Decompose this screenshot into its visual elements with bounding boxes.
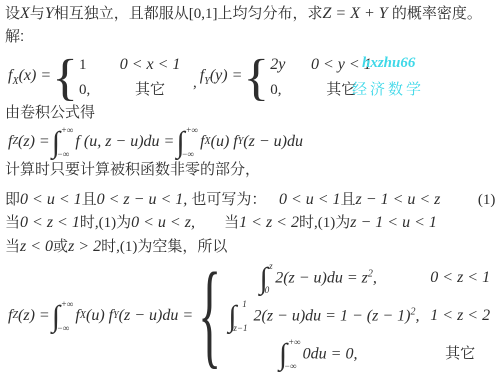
math-segment: X (20, 5, 30, 22)
fy-case1-value: 2y (270, 54, 300, 76)
lower-limit: −∞ (182, 150, 195, 159)
math-segment: 当 (5, 214, 20, 231)
math-segment (195, 214, 224, 231)
fy-case2-value: 0, (270, 80, 300, 100)
math-segment: [0,1] (189, 6, 218, 22)
fx-case-row: 1 0 < x < 1 (79, 54, 191, 76)
fx-density-lhs: fX(x) = (8, 65, 51, 89)
math-segment: ,(1) (314, 215, 335, 231)
math-segment: 为 (116, 214, 131, 231)
upper-limit: +∞ (186, 126, 199, 135)
fy-density-lhs: fY(y) = (200, 65, 243, 89)
integral: ∫+∞−∞ (52, 300, 74, 333)
math-segment: 与 (30, 5, 45, 22)
math-segment: 或 (53, 238, 68, 255)
fx-case2-value: 0, (79, 80, 109, 100)
math-segment: 其它 (135, 81, 165, 98)
math-segment: 1 (79, 57, 87, 73)
problem-statement: 设X与Y相互独立，且都服从[0,1]上均匀分布，求Z = X + Y 的概率密度… (5, 3, 482, 25)
math-segment: 2(z − u)du = z (275, 269, 368, 286)
integration-note: 计算时只要计算被积函数非零的部分， (5, 160, 260, 180)
condition-line-2: 当0 < z < 1时,(1)为0 < u < z, 当1 < z < 2时,(… (5, 212, 437, 234)
math-segment: ,(1) (95, 215, 116, 231)
result-case-row: ∫1z−12(z − u)du = 1 − (z − 1)2, 1 < z < … (226, 298, 499, 334)
math-segment: z < 0 (20, 238, 53, 255)
math-segment: , (193, 75, 197, 91)
result-case3-condition: 其它 (414, 344, 499, 364)
math-segment: 相互独立，且都服从 (54, 5, 189, 22)
math-segment (440, 191, 478, 208)
math-segment: 的概率密度。 (388, 5, 482, 22)
math-segment: 2y (270, 56, 285, 73)
fx-case-row: 0, 其它 (79, 80, 191, 100)
math-segment: 也可写为： (187, 191, 266, 208)
math-segment: 时 (299, 214, 314, 231)
math-segment: 计算时只要计算被积函数非零的部分， (5, 161, 260, 178)
math-segment: , (373, 269, 377, 286)
left-brace: { (198, 257, 221, 375)
result-lhs: fZ(z) = ∫+∞−∞fX(u) fY(z − u)du = (8, 300, 193, 333)
condition-line-1: 即0 < u < 1且0 < z − u < 1, 也可写为： 0 < u < … (5, 189, 495, 211)
math-segment: (z) = (18, 305, 50, 327)
math-segment: 0 < z < 1 (430, 269, 490, 286)
result-case1-condition: 0 < z < 1 (414, 267, 499, 289)
upper-limit: +∞ (61, 300, 74, 309)
math-segment: 上均匀分布，求 (217, 5, 322, 22)
math-segment: 0 < u < z, (131, 214, 195, 231)
math-segment: 即 (5, 191, 20, 208)
math-segment: 0 < u < 1 (20, 191, 82, 208)
fx-case1-value: 1 (79, 55, 109, 75)
result-case1-integral: ∫z02(z − u)du = z2, (226, 262, 408, 295)
math-segment: (u) f (86, 305, 113, 327)
math-segment: 0 < z − u < 1, (97, 191, 188, 208)
math-segment: 2(z − u)du = 1 − (z − 1) (253, 307, 410, 324)
upper-limit: +∞ (288, 338, 301, 347)
math-segment: 为 (335, 214, 350, 231)
lower-limit: −∞ (57, 324, 70, 333)
lower-limit: −∞ (284, 362, 297, 371)
math-segment (266, 191, 279, 208)
math-segment: 且 (82, 191, 97, 208)
result-case2-integral: ∫1z−12(z − u)du = 1 − (z − 1)2, (226, 300, 408, 333)
integral-limits: +∞−∞ (61, 126, 74, 159)
upper-limit: +∞ (61, 126, 74, 135)
math-segment: 0, (79, 82, 90, 98)
integral: ∫z0 (259, 262, 273, 295)
result-case-row: ∫+∞−∞0du = 0, 其它 (226, 336, 499, 372)
lower-limit: −∞ (57, 150, 70, 159)
integral-limits: 1z−1 (237, 300, 251, 333)
math-segment: (z − u)du (243, 131, 303, 153)
fx-case2-condition: 其它 (109, 80, 191, 100)
result-case2-condition: 1 < z < 2 (414, 305, 499, 327)
integral-limits: z0 (269, 262, 274, 295)
math-segment: 0, (270, 82, 281, 98)
separator-comma: , (193, 73, 197, 102)
integral: ∫+∞−∞ (279, 338, 301, 371)
lower-limit: 0 (265, 286, 270, 295)
math-segment: (y) = (210, 67, 243, 84)
convolution-intro: 由卷积公式得 (5, 103, 95, 123)
result-cases: ∫z02(z − u)du = z2, 0 < z < 1 ∫1z−12(z −… (226, 260, 499, 372)
result-case3-integral: ∫+∞−∞0du = 0, (226, 338, 408, 371)
math-segment: (z − u)du = (119, 305, 193, 327)
upper-limit: z (269, 262, 274, 271)
convolution-formula: fZ(z) = ∫+∞−∞f (u, z − u)du = ∫+∞−∞fX(u)… (8, 124, 303, 160)
math-segment: 0 < z < 1 (20, 214, 80, 231)
left-brace: { (52, 51, 78, 102)
math-segment: 时 (80, 214, 95, 231)
math-segment: (u) f (211, 131, 238, 153)
math-segment: (x) = (19, 67, 52, 84)
integral-limits: +∞−∞ (186, 126, 199, 159)
fx-case1-condition: 0 < x < 1 (109, 54, 191, 76)
math-segment: f (u, z − u)du = (75, 131, 174, 153)
math-segment: 由卷积公式得 (5, 104, 95, 121)
math-segment: Z = X + Y (323, 5, 388, 22)
result-formula: fZ(z) = ∫+∞−∞fX(u) fY(z − u)du = { ∫z02(… (8, 258, 499, 374)
integral-limits: +∞−∞ (288, 338, 301, 371)
math-segment: z − 1 < u < 1 (350, 214, 437, 231)
math-segment: 时 (101, 238, 116, 255)
density-functions-row: fX(x) = { 1 0 < x < 1 0, 其它 , fY(y) = { … (8, 52, 382, 102)
math-segment: 1 < z < 2 (239, 214, 299, 231)
math-segment: 解: (5, 28, 24, 45)
math-segment: 且 (341, 191, 356, 208)
math-segment: 当 (224, 214, 239, 231)
math-segment: (z) = (18, 131, 50, 153)
solution-label: 解: (5, 27, 24, 47)
math-segment: 当 (5, 238, 20, 255)
math-segment: 0 < x < 1 (120, 56, 181, 73)
lower-limit: z−1 (233, 324, 247, 333)
math-segment: 0du = 0, (303, 345, 358, 362)
math-segment: z − 1 < u < z (356, 191, 441, 208)
watermark-username: hxzhu66 (362, 55, 415, 72)
math-segment: 0 < u < 1 (279, 191, 341, 208)
result-case-row: ∫z02(z − u)du = z2, 0 < z < 1 (226, 260, 499, 296)
condition-line-3: 当z < 0或z > 2时,(1)为空集，所以 (5, 236, 227, 258)
math-segment: 设 (5, 5, 20, 22)
left-brace: { (243, 51, 269, 102)
math-segment: (1) (478, 192, 496, 208)
math-segment: Y (45, 5, 54, 22)
math-document: 设X与Y相互独立，且都服从[0,1]上均匀分布，求Z = X + Y 的概率密度… (0, 0, 499, 376)
integral-limits: +∞−∞ (61, 300, 74, 333)
fx-cases: 1 0 < x < 1 0, 其它 (79, 54, 191, 100)
math-segment: ,(1) (116, 239, 137, 255)
watermark-brand: 经济数学 (352, 78, 424, 99)
math-segment: z > 2 (68, 238, 101, 255)
integral: ∫+∞−∞ (176, 126, 198, 159)
upper-limit: 1 (237, 300, 251, 309)
math-segment: 1 < z < 2 (430, 307, 490, 324)
math-segment: 其它 (445, 345, 475, 362)
integral: ∫+∞−∞ (52, 126, 74, 159)
integral: ∫1z−1 (228, 300, 251, 333)
